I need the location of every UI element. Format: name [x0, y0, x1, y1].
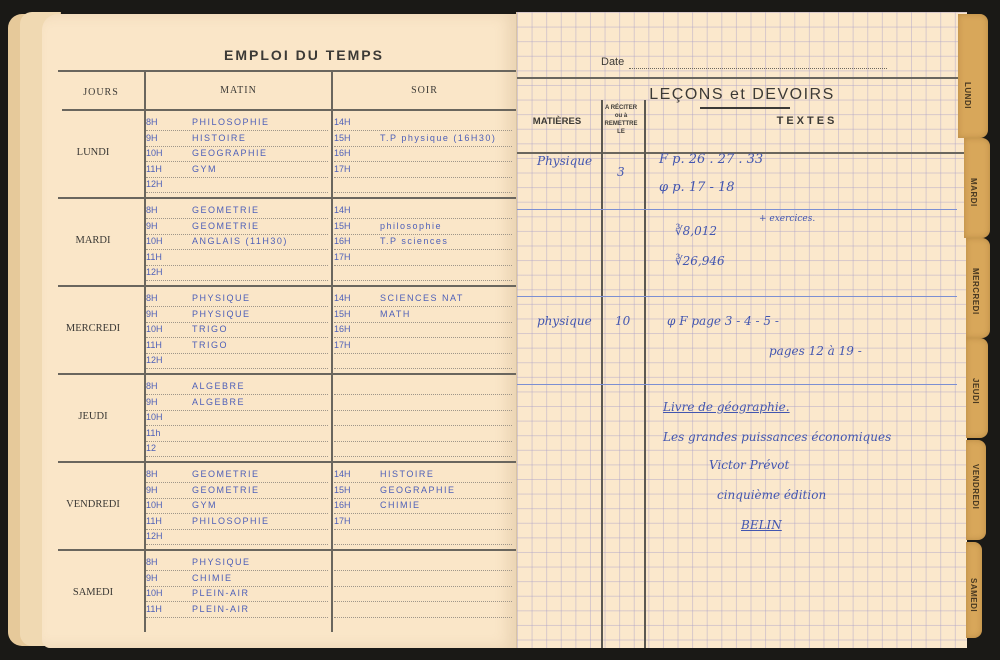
matin-slot: 11HTRIGO — [146, 338, 328, 354]
hour-label: 16H — [334, 146, 380, 161]
soir-slot: 15HT.P physique (16H30) — [334, 131, 512, 147]
hour-label: 11H — [146, 250, 192, 265]
soir-slot: 16HT.P sciences — [334, 234, 512, 250]
hour-label: 11H — [146, 162, 192, 177]
subject-text: PHILOSOPHIE — [192, 514, 270, 529]
hour-label: 11h — [146, 426, 192, 441]
entry-1-date: 3 — [617, 165, 625, 179]
subject-text: GEOMETRIE — [192, 203, 260, 218]
hour-label: 16H — [334, 322, 380, 337]
matin-slot: 11HGYM — [146, 162, 328, 178]
hour-label: 10H — [146, 322, 192, 337]
date-field[interactable] — [629, 68, 887, 69]
hour-label: 14H — [334, 291, 380, 306]
hour-label: 14H — [334, 115, 380, 130]
column-divider-reciter — [644, 100, 646, 648]
hour-label: 11H — [146, 602, 192, 617]
soir-slot — [334, 529, 512, 545]
entry-4-text-5: BELIN — [741, 518, 782, 532]
soir-slot — [334, 586, 512, 602]
soir-slot: 15HMATH — [334, 307, 512, 323]
timetable-page: EMPLOI DU TEMPS JOURS MATIN SOIR LUNDI8H… — [42, 14, 516, 648]
header-matin: MATIN — [146, 85, 331, 96]
matin-slot: 9HGEOMETRIE — [146, 483, 328, 499]
subject-text: T.P physique (16H30) — [380, 131, 496, 146]
matin-slot: 10HANGLAIS (11H30) — [146, 234, 328, 250]
subject-text: GEOMETRIE — [192, 219, 260, 234]
hour-label: 9H — [146, 395, 192, 410]
subject-text: PHYSIQUE — [192, 291, 251, 306]
date-label: Date — [601, 56, 624, 68]
soir-slot: 16H — [334, 146, 512, 162]
timetable-title: EMPLOI DU TEMPS — [42, 47, 516, 63]
entry-3-text-1: φ F page 3 - 4 - 5 - — [667, 314, 779, 328]
hour-label: 12H — [146, 177, 192, 192]
soir-slot — [334, 395, 512, 411]
hour-label: 17H — [334, 338, 380, 353]
subject-text: ALGEBRE — [192, 379, 245, 394]
matin-slot: 9HCHIMIE — [146, 571, 328, 587]
lessons-title: LEÇONS et DEVOIRS — [517, 86, 967, 104]
matin-slot: 12H — [146, 353, 328, 369]
day-separator — [58, 285, 516, 287]
matin-slot: 9HALGEBRE — [146, 395, 328, 411]
entry-3-text-2: pages 12 à 19 - — [769, 344, 862, 358]
entry-3-subject: physique — [537, 314, 592, 328]
subject-text: TRIGO — [192, 322, 228, 337]
entry-1-text-1: F p. 26 . 27 . 33 — [659, 152, 763, 167]
matin-slot: 11h — [146, 426, 328, 442]
subject-text: MATH — [380, 307, 411, 322]
soir-slot: 14H — [334, 115, 512, 131]
subject-text: GEOGRAPHIE — [380, 483, 456, 498]
hour-label: 8H — [146, 467, 192, 482]
hour-label: 12H — [146, 529, 192, 544]
hour-label: 8H — [146, 115, 192, 130]
hour-label: 12 — [146, 441, 192, 456]
matin-slot: 10HPLEIN-AIR — [146, 586, 328, 602]
soir-slot: 14HSCIENCES NAT — [334, 291, 512, 307]
hour-label: 8H — [146, 555, 192, 570]
matin-slot: 8HALGEBRE — [146, 379, 328, 395]
hour-label: 15H — [334, 307, 380, 322]
entry-separator — [517, 296, 957, 297]
column-divider-matin — [331, 72, 333, 632]
tab-vendredi[interactable]: VENDREDI — [966, 440, 986, 540]
subject-text: GEOGRAPHIE — [192, 146, 268, 161]
header-bottom-rule — [62, 109, 516, 111]
hour-label: 9H — [146, 483, 192, 498]
soir-slot: 17H — [334, 514, 512, 530]
tab-lundi[interactable]: LUNDI — [958, 14, 988, 138]
matin-slot: 8HGEOMETRIE — [146, 203, 328, 219]
entry-2-text-2: ∛26,946 — [675, 254, 725, 268]
entry-4-text-1: Livre de géographie. — [663, 400, 790, 414]
hour-label: 17H — [334, 514, 380, 529]
day-label-vendredi: VENDREDI — [42, 499, 144, 510]
subject-text: PHYSIQUE — [192, 555, 251, 570]
soir-slot: 14H — [334, 203, 512, 219]
hour-label: 9H — [146, 571, 192, 586]
subject-text: GEOMETRIE — [192, 467, 260, 482]
matin-slot: 8HPHYSIQUE — [146, 291, 328, 307]
hour-label: 10H — [146, 410, 192, 425]
subject-text: GYM — [192, 162, 217, 177]
subject-text: T.P sciences — [380, 234, 448, 249]
soir-slot: 15HGEOGRAPHIE — [334, 483, 512, 499]
subject-text: HISTOIRE — [192, 131, 246, 146]
matin-slot: 12 — [146, 441, 328, 457]
day-separator — [58, 549, 516, 551]
subject-text: PHYSIQUE — [192, 307, 251, 322]
soir-slot: 17H — [334, 250, 512, 266]
matin-slot: 8HPHYSIQUE — [146, 555, 328, 571]
matin-slot: 12H — [146, 265, 328, 281]
soir-slot: 17H — [334, 162, 512, 178]
subject-text: PHILOSOPHIE — [192, 115, 270, 130]
header-jours: JOURS — [58, 87, 144, 98]
day-label-samedi: SAMEDI — [42, 587, 144, 598]
hour-label: 15H — [334, 219, 380, 234]
matin-slot: 11HPHILOSOPHIE — [146, 514, 328, 530]
subject-text: HISTOIRE — [380, 467, 434, 482]
hour-label: 9H — [146, 131, 192, 146]
column-divider-matieres — [601, 100, 603, 648]
title-underline — [700, 107, 790, 109]
header-top-rule — [58, 70, 516, 72]
hour-label: 8H — [146, 203, 192, 218]
tab-mardi[interactable]: MARDI — [964, 138, 990, 238]
hour-label: 12H — [146, 353, 192, 368]
soir-slot: 16HCHIMIE — [334, 498, 512, 514]
header-soir: SOIR — [333, 85, 516, 96]
matin-slot: 12H — [146, 177, 328, 193]
subject-text: ANGLAIS (11H30) — [192, 234, 288, 249]
subject-text: PLEIN-AIR — [192, 586, 250, 601]
soir-slot — [334, 426, 512, 442]
entry-4-text-2: Les grandes puissances économiques — [663, 430, 891, 444]
soir-slot — [334, 177, 512, 193]
soir-slot — [334, 379, 512, 395]
day-label-mardi: MARDI — [42, 235, 144, 246]
matin-slot: 11H — [146, 250, 328, 266]
matin-slot: 10HTRIGO — [146, 322, 328, 338]
subject-text: TRIGO — [192, 338, 228, 353]
soir-slot — [334, 441, 512, 457]
hour-label: 17H — [334, 250, 380, 265]
tab-jeudi[interactable]: JEUDI — [966, 338, 988, 438]
matin-slot: 9HHISTOIRE — [146, 131, 328, 147]
header-textes: TEXTES — [647, 115, 967, 127]
subject-text: CHIMIE — [380, 498, 421, 513]
hour-label: 10H — [146, 498, 192, 513]
header-matieres: MATIÈRES — [527, 116, 587, 127]
hour-label: 17H — [334, 162, 380, 177]
subject-text: ALGEBRE — [192, 395, 245, 410]
soir-slot: 17H — [334, 338, 512, 354]
tab-samedi[interactable]: SAMEDI — [966, 542, 982, 638]
matin-slot: 8HPHILOSOPHIE — [146, 115, 328, 131]
day-separator — [58, 373, 516, 375]
hour-label: 9H — [146, 219, 192, 234]
matin-slot: 10HGEOGRAPHIE — [146, 146, 328, 162]
entry-1-subject: Physique — [537, 154, 592, 168]
subject-text: philosophie — [380, 219, 442, 234]
hour-label: 11H — [146, 338, 192, 353]
matin-slot: 9HGEOMETRIE — [146, 219, 328, 235]
title-rule — [517, 77, 967, 79]
hour-label: 16H — [334, 498, 380, 513]
matin-slot: 10HGYM — [146, 498, 328, 514]
entry-4-text-3: Victor Prévot — [709, 458, 789, 472]
soir-slot — [334, 602, 512, 618]
header-reciter: A RÉCITER ou à REMETTRE LE — [603, 104, 639, 136]
matin-slot: 11HPLEIN-AIR — [146, 602, 328, 618]
day-label-mercredi: MERCREDI — [42, 323, 144, 334]
matin-slot: 10H — [146, 410, 328, 426]
subject-text: CHIMIE — [192, 571, 233, 586]
day-label-lundi: LUNDI — [42, 147, 144, 158]
soir-slot: 16H — [334, 322, 512, 338]
matin-slot: 12H — [146, 529, 328, 545]
hour-label: 15H — [334, 131, 380, 146]
soir-slot: 15Hphilosophie — [334, 219, 512, 235]
hour-label: 11H — [146, 514, 192, 529]
entry-4-text-4: cinquième édition — [717, 488, 826, 502]
soir-slot — [334, 410, 512, 426]
day-separator — [58, 461, 516, 463]
entry-3-date: 10 — [615, 314, 630, 328]
hour-label: 10H — [146, 146, 192, 161]
subject-text: GYM — [192, 498, 217, 513]
entry-2-text-1: ∛8,012 — [675, 224, 717, 238]
matin-slot: 8HGEOMETRIE — [146, 467, 328, 483]
hour-label: 14H — [334, 467, 380, 482]
subject-text: SCIENCES NAT — [380, 291, 464, 306]
entry-2-note: + exercices. — [759, 214, 815, 224]
hour-label: 8H — [146, 379, 192, 394]
soir-slot — [334, 571, 512, 587]
entry-1-text-2: φ p. 17 - 18 — [659, 180, 735, 195]
hour-label: 12H — [146, 265, 192, 280]
day-separator — [58, 197, 516, 199]
hour-label: 9H — [146, 307, 192, 322]
hour-label: 10H — [146, 586, 192, 601]
subject-text: PLEIN-AIR — [192, 602, 250, 617]
soir-slot — [334, 265, 512, 281]
soir-slot — [334, 555, 512, 571]
soir-slot: 14HHISTOIRE — [334, 467, 512, 483]
hour-label: 10H — [146, 234, 192, 249]
entry-separator — [517, 384, 957, 385]
matin-slot: 9HPHYSIQUE — [146, 307, 328, 323]
hour-label: 15H — [334, 483, 380, 498]
hour-label: 8H — [146, 291, 192, 306]
lessons-homework-page: Date LEÇONS et DEVOIRS MATIÈRES A RÉCITE… — [516, 12, 967, 648]
subject-text: GEOMETRIE — [192, 483, 260, 498]
entry-separator — [517, 209, 957, 210]
soir-slot — [334, 353, 512, 369]
day-label-jeudi: JEUDI — [42, 411, 144, 422]
tab-mercredi[interactable]: MERCREDI — [966, 238, 990, 338]
hour-label: 14H — [334, 203, 380, 218]
hour-label: 16H — [334, 234, 380, 249]
